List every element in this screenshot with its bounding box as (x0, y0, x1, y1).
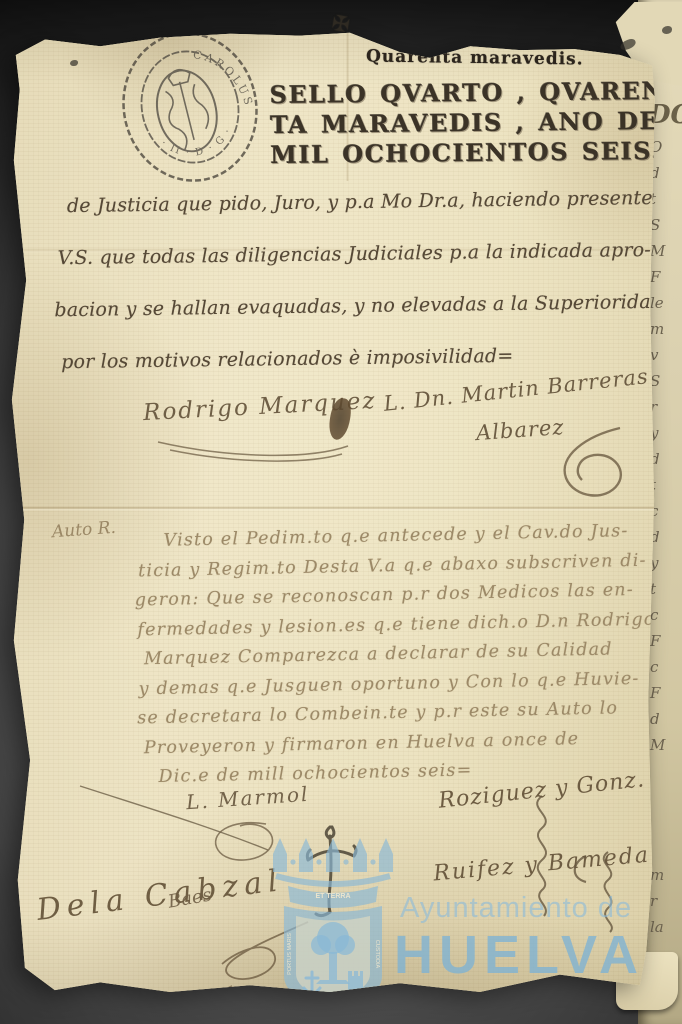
sello-heading-line: MIL OCHOCIENTOS SEIS. (270, 136, 677, 170)
watermark-text-huelva: HUELVA (394, 924, 644, 986)
manuscript-page: CAROLUS · II · D · G · Quarenta maravedi… (8, 26, 658, 992)
document-photo: DO O d t S M F le m v S r y d t c d y t … (0, 0, 682, 1024)
signature-martin-barreras-2: Albarez (475, 415, 565, 445)
sello-heading-line: SELLO QVARTO , QVAREN- (270, 76, 677, 110)
shield-anchor-icon (304, 972, 320, 993)
sello-heading: SELLO QVARTO , QVAREN- TA MARAVEDIS , AN… (270, 76, 678, 170)
watermark-text-ayuntamiento: Ayuntamiento de (400, 892, 632, 925)
paper-wrap: CAROLUS · II · D · G · Quarenta maravedi… (0, 0, 682, 1024)
hand-drawn-anchor-icon (300, 824, 360, 924)
signature-cabzal: Dela Cabzal (35, 863, 286, 928)
underline-flourish (158, 442, 348, 461)
shield-motto-left: PORTUS MARIS (287, 933, 293, 975)
shield-tower-icon (348, 971, 363, 992)
rubric-flourish (565, 428, 621, 495)
printed-cross-mark: ✠ (330, 11, 352, 38)
seal-legend-bottom: · II · D · G · (157, 121, 239, 167)
rubric-marmol (216, 823, 273, 860)
manuscript-line: V.S. que todas las diligencias Judiciale… (49, 224, 671, 285)
manuscript-paragraph-2: Visto el Pedim.to q.e antecede y el Cav.… (133, 517, 659, 793)
tax-value-line: Quarenta maravedis. (366, 46, 584, 69)
manuscript-paragraph-1: de Justicia que pido, Juro, y p.a Mo Dr.… (49, 172, 673, 389)
fold-crease (8, 506, 658, 511)
shield-motto-right: CUSTODIA (374, 940, 380, 969)
signature-ruiz: Ruifez y Bameda (432, 843, 651, 887)
shield-tree-icon (311, 922, 355, 984)
margin-note-auto: Auto R. (51, 518, 116, 542)
manuscript-line: de Justicia que pido, Juro, y p.a Mo Dr.… (49, 172, 671, 233)
manuscript-line: bacion y se hallan evaquadas, y no eleva… (50, 276, 672, 337)
rubric-cabzal (211, 922, 308, 992)
royal-tax-seal: CAROLUS · II · D · G · (103, 13, 277, 200)
sello-heading-line: TA MARAVEDIS , ANO DE (270, 106, 677, 140)
